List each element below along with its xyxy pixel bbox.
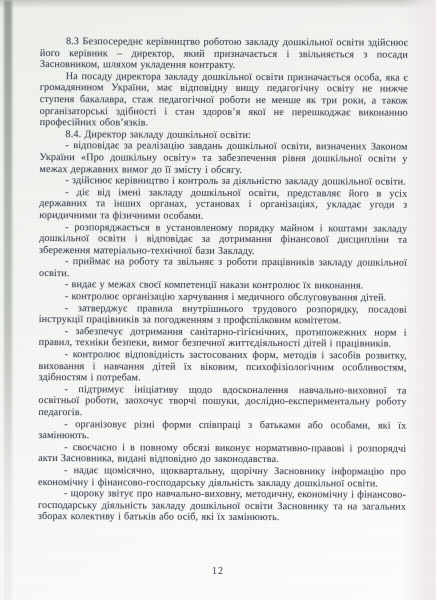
paragraph: - підтримує ініціативу щодо вдосконаленн… bbox=[38, 384, 406, 420]
paragraph: - забезпечує дотримання санітарно-гігієн… bbox=[39, 326, 407, 351]
scan-edge-shadow-top bbox=[0, 0, 436, 9]
paragraph: 8.3 Безпосереднє керівництво роботою зак… bbox=[40, 36, 408, 72]
paragraph: - розпоряджається в установленому порядк… bbox=[39, 221, 407, 257]
paragraph: - приймає на роботу та звільняє з роботи… bbox=[39, 256, 407, 281]
paragraph: - організовує різні форми співпраці з ба… bbox=[38, 419, 406, 444]
paragraph: - діє від імені закладу дошкільної освіт… bbox=[39, 187, 407, 223]
paragraph: - щороку звітує про навчально-виховну, м… bbox=[38, 488, 406, 524]
scan-edge-shadow-left bbox=[4, 0, 12, 600]
page-number: 12 bbox=[0, 566, 436, 577]
paragraph: На посаду директора закладу дошкільної о… bbox=[40, 71, 408, 131]
paragraph: - затверджує правила внутрішнього трудов… bbox=[39, 303, 407, 328]
paragraph: - своєчасно і в повному обсязі виконує н… bbox=[38, 442, 406, 467]
paragraph: - надає щомісячно, щоквартальну, щорічну… bbox=[38, 465, 406, 490]
document-text: 8.3 Безпосереднє керівництво роботою зак… bbox=[38, 36, 408, 525]
paragraph: - контролює відповідність застосованих ф… bbox=[38, 349, 406, 385]
scanned-page: 8.3 Безпосереднє керівництво роботою зак… bbox=[0, 0, 436, 600]
paragraph: - відповідає за реалізацію завдань дошкі… bbox=[39, 140, 407, 176]
